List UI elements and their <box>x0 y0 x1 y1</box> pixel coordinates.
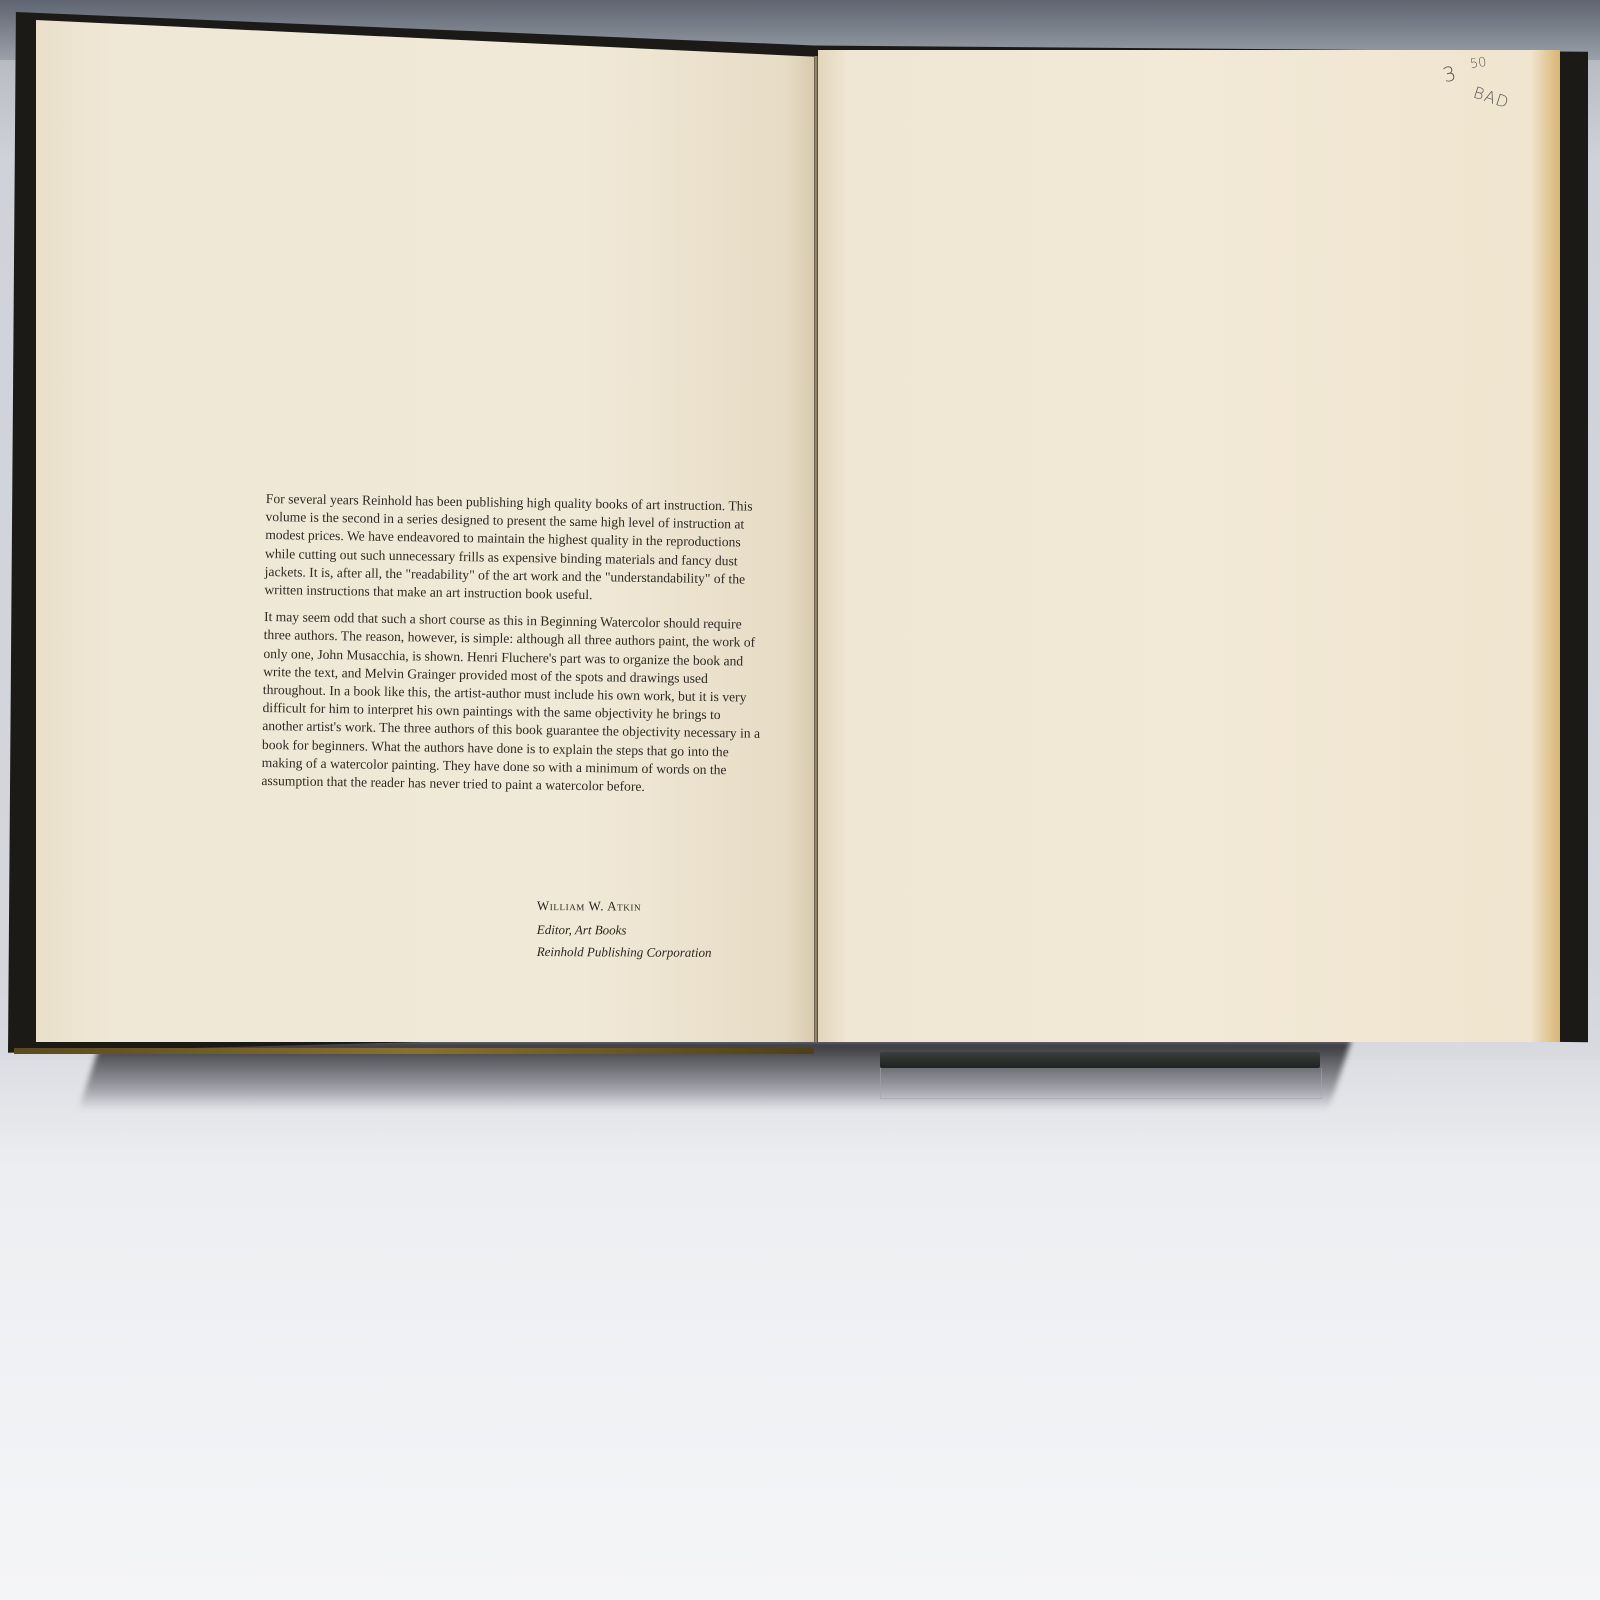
right-page <box>818 50 1560 1042</box>
book-stand <box>880 1052 1320 1068</box>
book-gutter <box>814 56 818 1042</box>
pencil-price-cents: 50 <box>1469 55 1487 72</box>
foreword-text: For several years Reinhold has been publ… <box>261 490 766 807</box>
signature-block: William W. Atkin Editor, Art Books Reinh… <box>537 898 712 967</box>
signature-name: William W. Atkin <box>537 898 712 915</box>
signature-title: Editor, Art Books <box>537 922 712 939</box>
paragraph: For several years Reinhold has been publ… <box>264 490 766 607</box>
cover-edge <box>14 1048 814 1054</box>
book-stand-base <box>880 1068 1322 1099</box>
paragraph: It may seem odd that such a short course… <box>261 608 764 798</box>
table-surface <box>0 1060 1600 1600</box>
signature-organization: Reinhold Publishing Corporation <box>537 944 712 961</box>
